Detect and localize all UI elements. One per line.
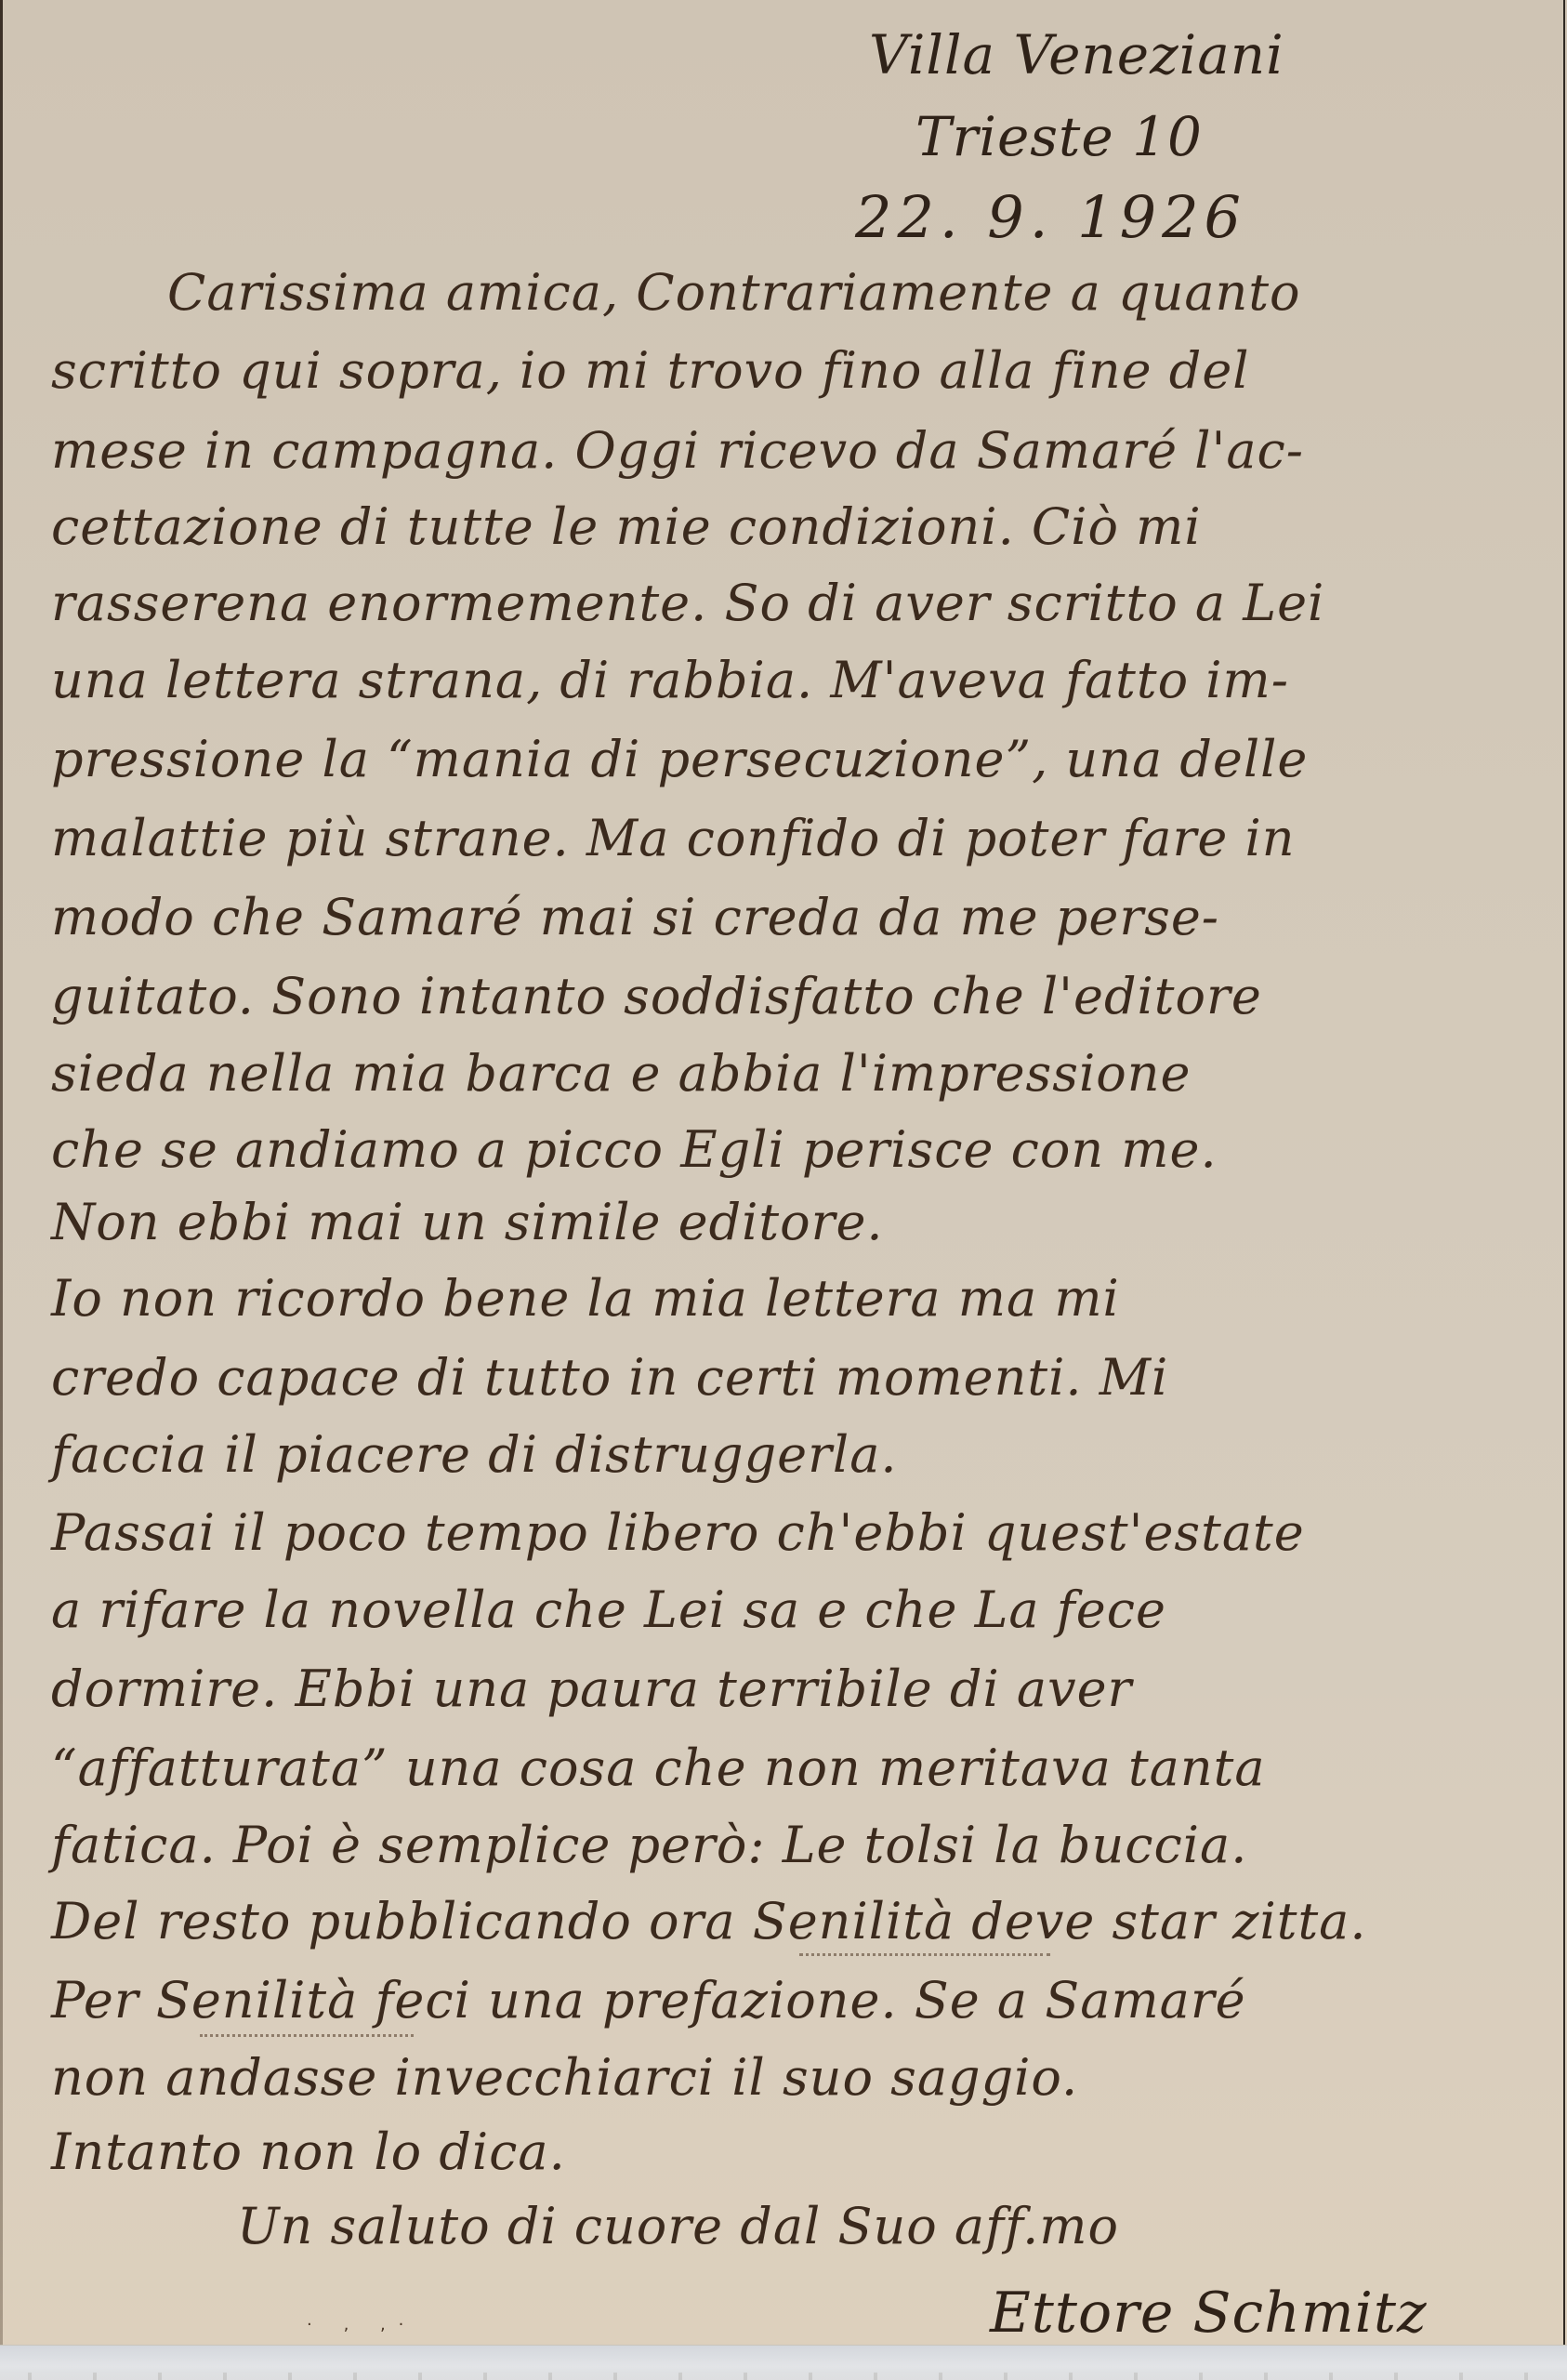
body-line: che se andiamo a picco Egli perisce con … [51,1125,1218,1175]
body-line: Del resto pubblicando ora Senilità deve … [51,1897,1367,1947]
letter-date: 22. 9. 1926 [855,189,1246,246]
underline-mark [799,1946,1050,1956]
body-line: Carissima amica, Contrariamente a quanto [167,268,1301,318]
body-line: Passai il poco tempo libero ch'ebbi ques… [51,1508,1305,1558]
body-line: Per Senilità feci una prefazione. Se a S… [51,1976,1246,2026]
body-line: una lettera strana, di rabbia. M'aveva f… [51,655,1289,706]
body-line: cettazione di tutte le mie condizioni. C… [51,502,1202,552]
body-line: fatica. Poi è semplice però: Le tolsi la… [51,1820,1247,1871]
letter-header-city: Trieste 10 [915,110,1203,164]
body-line: sieda nella mia barca e abbia l'impressi… [51,1049,1191,1099]
underline-mark [200,2027,414,2037]
body-line: credo capace di tutto in certi momenti. … [51,1353,1168,1403]
mount-edge [0,2373,1567,2380]
body-line: pressione la “mania di persecuzione”, un… [51,734,1308,785]
body-line: scritto qui sopra, io mi trovo fino alla… [51,346,1250,396]
closing-line: Un saluto di cuore dal Suo aff.mo [237,2201,1119,2252]
paper-right-edge [1563,0,1565,2345]
letter-header-place: Villa Veneziani [869,28,1284,82]
body-line: mese in campagna. Oggi ricevo da Samaré … [51,426,1304,476]
paper-left-edge [0,0,3,2345]
ink-specks: · ‚ ‚· [307,2315,416,2334]
body-line: a rifare la novella che Lei sa e che La … [51,1585,1166,1635]
body-line: malattie più strane. Ma confido di poter… [51,813,1296,864]
body-line: modo che Samaré mai si creda da me perse… [51,892,1219,943]
signature: Ettore Schmitz [990,2285,1428,2341]
body-line: rasserena enormemente. So di aver scritt… [51,578,1324,628]
body-line: Non ebbi mai un simile editore. [51,1197,884,1248]
body-line: non andasse invecchiarci il suo saggio. [51,2053,1078,2103]
body-line: guitato. Sono intanto soddisfatto che l'… [51,972,1262,1022]
body-line: Io non ricordo bene la mia lettera ma mi [51,1274,1120,1324]
body-line: faccia il piacere di distruggerla. [51,1430,898,1480]
body-line: Intanto non lo dica. [51,2127,566,2177]
body-line: “affatturata” una cosa che non meritava … [51,1743,1266,1793]
body-line: dormire. Ebbi una paura terribile di ave… [51,1664,1132,1714]
